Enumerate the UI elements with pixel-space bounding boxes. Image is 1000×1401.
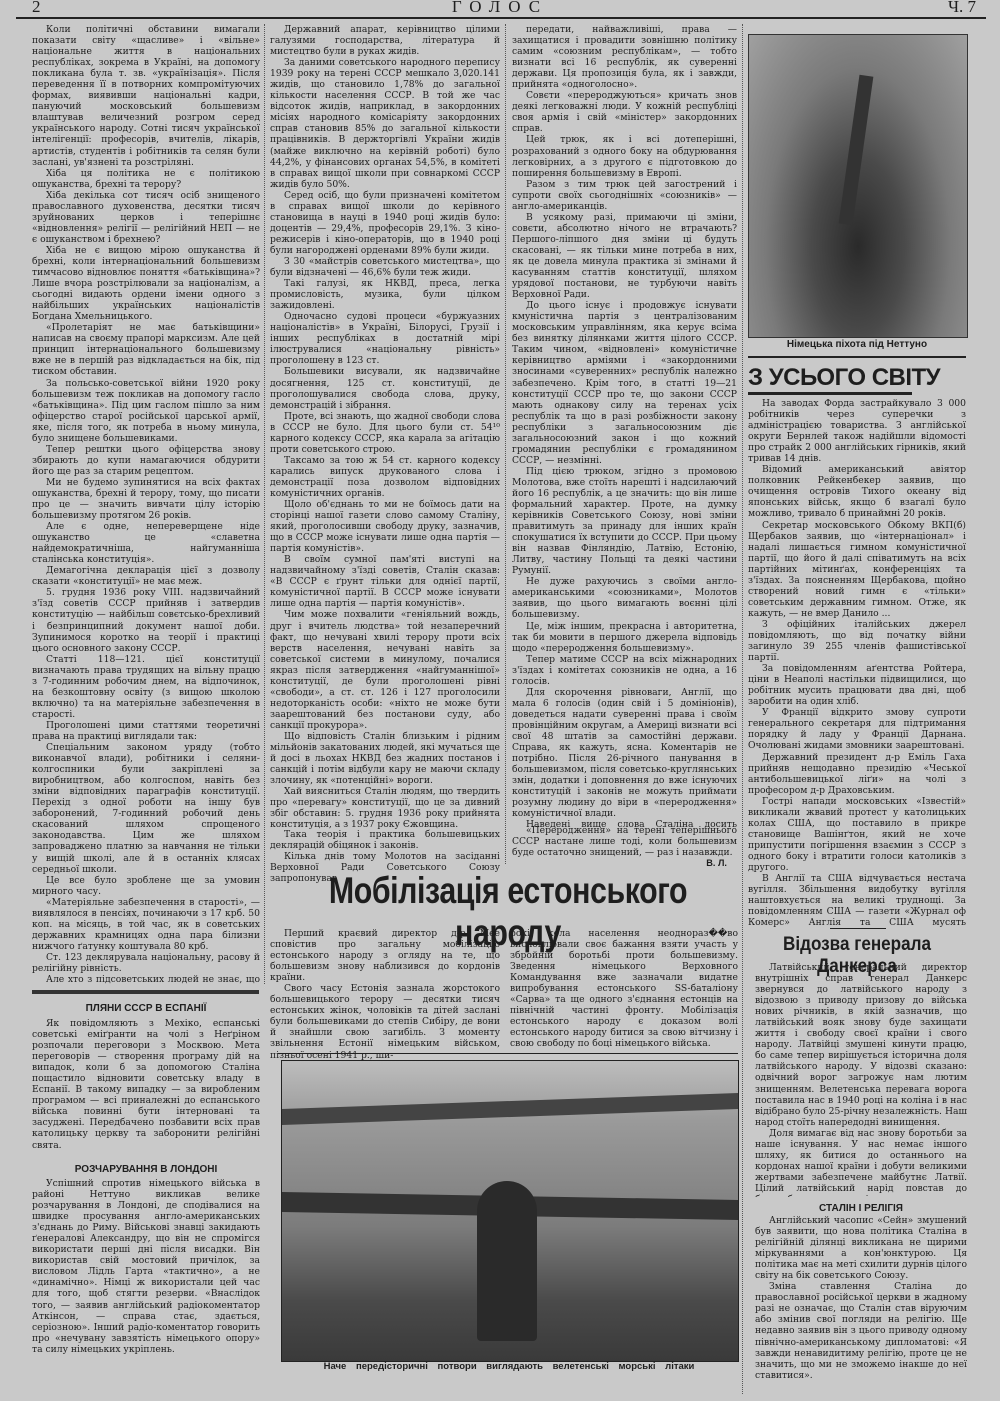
column-divider [505,24,506,864]
paragraph: Ст. 123 деклярувала національну, расову … [32,952,260,974]
paragraph: Проте, всі знають, що жадної свободи сло… [270,411,500,455]
issue-number: Ч. 7 [948,0,976,17]
section-title: З УСЬОГО СВІТУ [748,364,940,392]
news-item: В Англії та США відчувається нестача вуг… [748,873,966,928]
paragraph: «Переродження» на терені теперішнього СС… [512,825,737,858]
estonia-article-left: Перший краєвий директор д-р Мее сповісти… [270,928,500,1061]
paragraph: «Пролетаріят не має батьківщини» написав… [32,322,260,377]
paragraph: Це все було зроблене ще за умовин мирног… [32,875,260,897]
author-signature: В. Л. [512,858,727,869]
paragraph: Большевики висували, як надзвичайне дося… [270,366,500,410]
paragraph: Хіба декілька сот тисяч осіб знищеного п… [32,190,260,245]
paragraph: Разом з тим трюк цей загострений і супро… [512,179,737,212]
section-rule [32,990,259,994]
paragraph: Під цією трюком, згідно з промовою Молот… [512,466,737,576]
short-rule [830,928,886,929]
paragraph: Така теорія і практика большевицьких дек… [270,829,500,851]
paragraph: рокі кола населення неоднораз��во вислов… [510,928,738,1050]
paragraph: Успішний спротив німецького війська в ра… [32,1178,260,1355]
paragraph: За даними советського народного перепису… [270,57,500,190]
paragraph: Статті 118—121. цієї конституції визнача… [32,654,260,720]
newspaper-title: ГОЛОС [0,0,1000,17]
masthead-rule [16,17,986,19]
london-article: Успішний спротив німецького війська в ра… [32,1178,260,1355]
masthead: 2 ГОЛОС Ч. 7 [0,0,1000,18]
paragraph: Зміна ставлення Сталіна до православної … [755,1281,967,1380]
paragraph: Хай виясниться Сталін людям, що твердить… [270,786,500,829]
paragraph: Серед осіб, що були призначені комітетом… [270,190,500,256]
paragraph: Це, між іншим, прекрасна і авторитетна, … [512,621,737,654]
paragraph: Свого часу Естонія зазнала жорстокого бо… [270,983,500,1060]
paragraph: Не дуже рахуючись з своїми англо-америка… [512,576,737,620]
paragraph: Державний апарат, керівництво цілими гал… [270,24,500,57]
column-2-article: Державний апарат, керівництво цілими гал… [270,24,500,829]
column-3-bottom: «Переродження» на терені теперішнього СС… [512,825,737,869]
paragraph: Як повідомляють з Мехіко, еспанські сове… [32,1018,260,1151]
paragraph: Проголошені цими статтями теоретичні пра… [32,720,260,742]
paragraph: Демагогічна декларація цієї з дозволу ск… [32,565,260,587]
estonia-article-right: рокі кола населення неоднораз��во вислов… [510,928,738,1050]
seaplane-photo [281,1060,739,1362]
paragraph: 5. грудня 1936 року VIII. надзвичайний з… [32,587,260,653]
news-item: У Франції відкрито змову супроти генерал… [748,707,966,751]
paragraph: Чим може похвалити «геніяльний вождь, др… [270,609,500,731]
article-title: СТАЛІН І РЕЛІГІЯ [755,1203,967,1214]
news-item: Відомий американський авіятор полковник … [748,464,966,519]
photo-caption: Німецька піхота під Неттуно [748,339,966,350]
paragraph: Хіба ця політика не є політикою ошуканст… [32,168,260,190]
paragraph: Тепер матиме СССР на всіх міжнародних з'… [512,654,737,687]
spain-article: Як повідомляють з Мехіко, еспанські сове… [32,1018,260,1151]
news-item: На заводах Форда застрайкувало 3 000 роб… [748,398,966,464]
paragraph: Латвійський генеральний директор внутріш… [755,962,967,1128]
news-item: З офіційних італійських джерел повідомля… [748,619,966,663]
column-3-article: передати, найважливіші, права — захищати… [512,24,737,829]
news-item: Державний президент д-р Еміль Гаха прийн… [748,752,966,796]
world-news-column: На заводах Форда застрайкувало 3 000 роб… [748,398,966,928]
paragraph: передати, найважливіші, права — захищати… [512,24,737,90]
paragraph: Щоло об'єднань то ми не боїмось дати на … [270,499,500,554]
column-1-article: Коли політичні обставини вимагали показа… [32,24,260,984]
dankers-article: Латвійський генеральний директор внутріш… [755,962,967,1197]
paragraph: Коли політичні обставини вимагали показа… [32,24,260,168]
paragraph: З 30 «майстрів советського мистецтва», щ… [270,256,500,278]
article-title: ПЛЯНИ СССР В ЕСПАНІЇ [32,1003,260,1014]
paragraph: «Матеріяльне забезпечення в старості», —… [32,897,260,952]
paragraph: Хіба не є вищою мірою ошуканства й брехн… [32,245,260,322]
paragraph: За польсько-советської війни 1920 року б… [32,378,260,444]
column-divider [264,24,265,984]
paragraph: Одночасно судові процеси «буржуазних нац… [270,311,500,366]
section-rule [278,1053,738,1054]
article-title: РОЗЧАРУВАННЯ В ЛОНДОНІ [32,1164,260,1175]
title-underline [748,392,912,395]
paragraph: Такі галузі, як НКВД, преса, легка проми… [270,278,500,311]
paragraph: В усякому разі, примаючи ці зміни, совєт… [512,212,737,300]
column-divider [742,24,743,1394]
news-item: Секретар московського Обкому ВКП(б) Щерб… [748,520,966,619]
paragraph: Спеціальним законом уряду (тобто виконав… [32,742,260,875]
paragraph: Цей трюк, як і всі дотеперішні, розрахов… [512,134,737,178]
stalin-religion-article: Англійський часопис «Сейн» змушений був … [755,1215,967,1390]
news-item: Гострі напади московських «Ізвестій» вик… [748,796,966,873]
news-item: За повідомленням аґентства Ройтера, ціни… [748,663,966,707]
paragraph: Совєти «перероджуються» кричать знов дея… [512,90,737,134]
paragraph: Англійський часопис «Сейн» змушений був … [755,1215,967,1281]
paragraph: Що відповість Сталін близьким і рідним м… [270,731,500,786]
paragraph: Але є одне, непереверщене ніде ошуканств… [32,521,260,565]
section-rule [748,356,966,358]
paragraph: До цього існує і продовжує існувати кмун… [512,300,737,466]
infantry-photo [748,34,968,338]
paragraph: Але хто з підсоветських людей не знає, щ… [32,974,260,984]
photo-caption: Наче передісторичні потвори виглядають в… [281,1361,737,1372]
paragraph: Ми не будемо зупинятися на всіх фактах о… [32,477,260,521]
paragraph: Для скорочення рівноваги, Англії, що мал… [512,687,737,820]
paragraph: Таксамо за тою ж 54 ст. карного кодексу … [270,455,500,499]
paragraph: В своїм сумної пам'яті виступі на надзви… [270,554,500,609]
paragraph: Доля вимагає від нас знову боротьби за н… [755,1128,967,1197]
paragraph: Перший краєвий директор д-р Мее сповісти… [270,928,500,983]
paragraph: Тепер рештки цього офіцерства знову збир… [32,444,260,477]
